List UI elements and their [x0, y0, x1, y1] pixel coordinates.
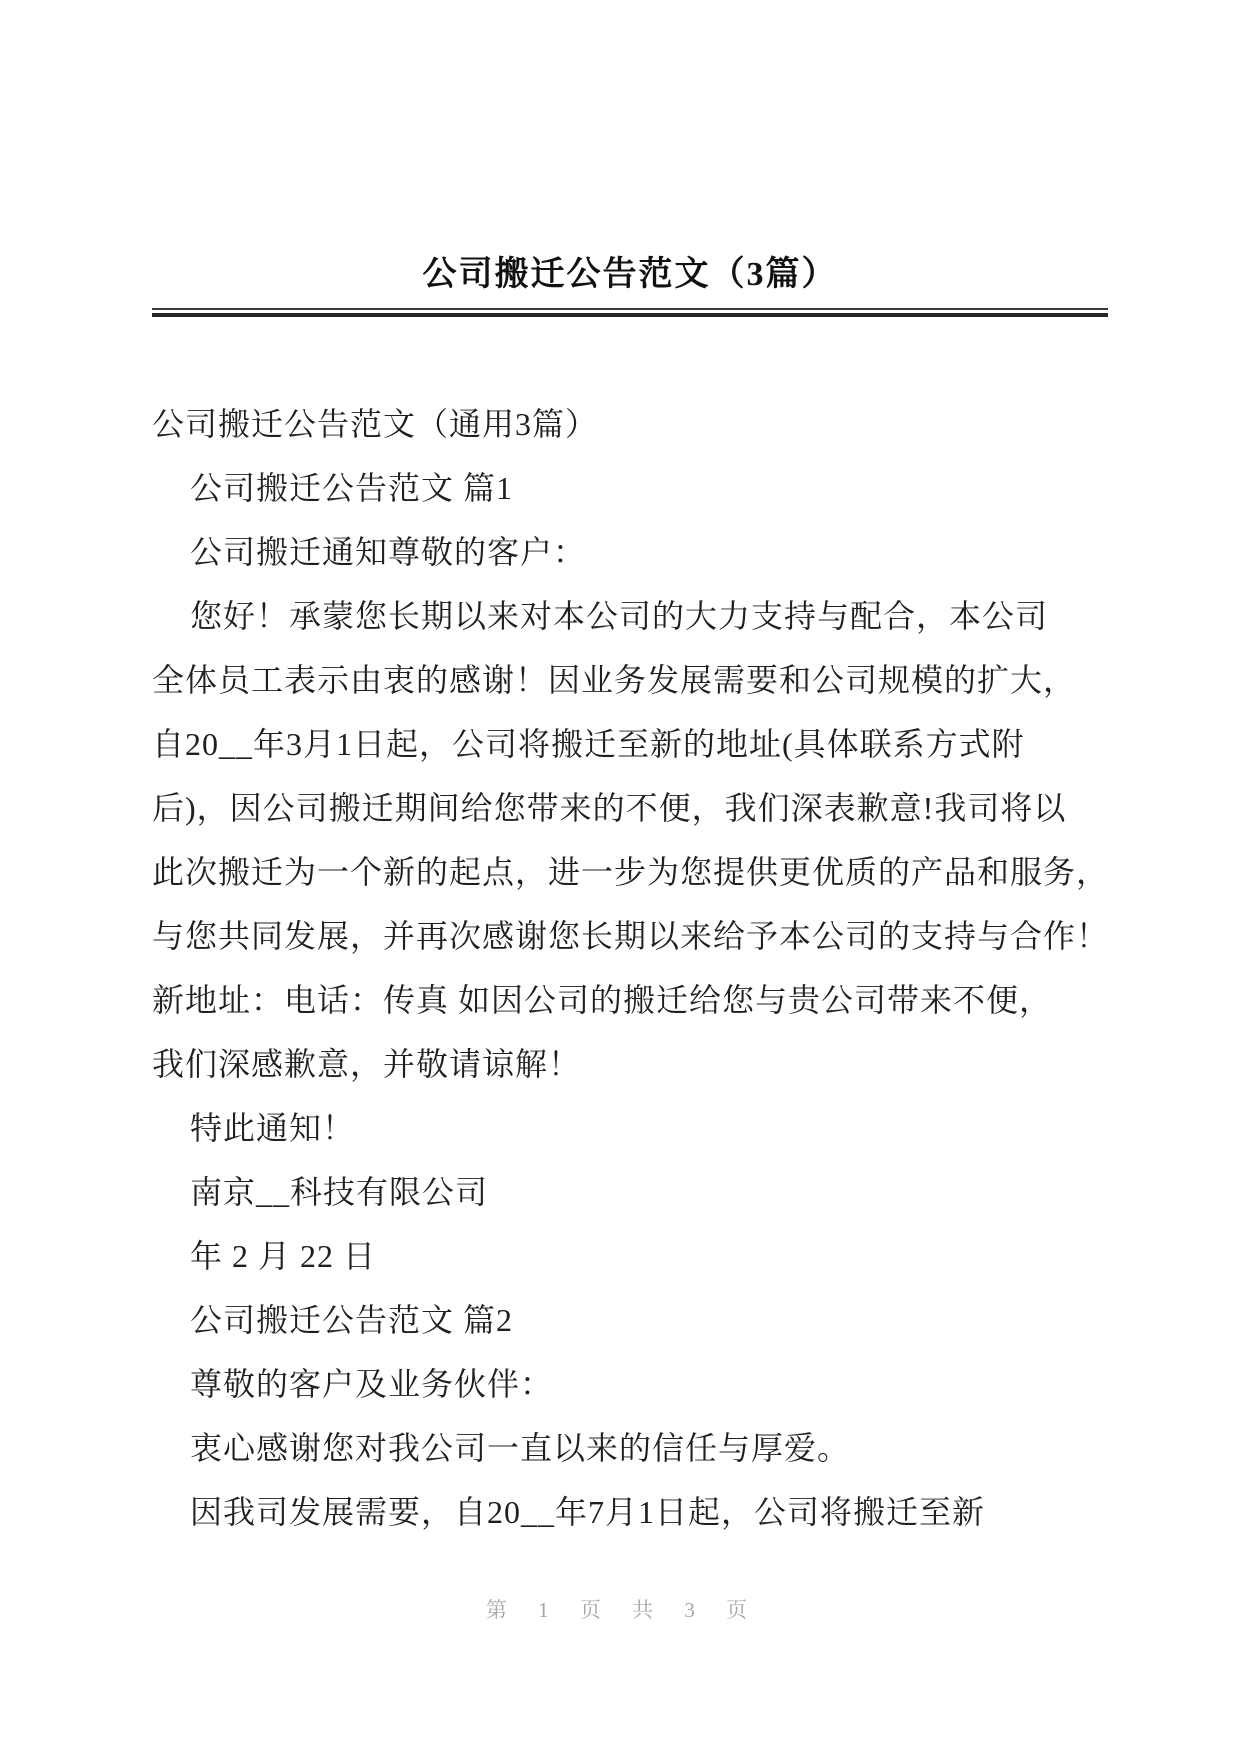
- document-body: 公司搬迁公告范文（通用3篇） 公司搬迁公告范文 篇1 公司搬迁通知尊敬的客户： …: [152, 392, 1152, 1544]
- body-line: 全体员工表示由衷的感谢！因业务发展需要和公司规模的扩大，: [152, 648, 1152, 712]
- body-line: 与您共同发展，并再次感谢您长期以来给予本公司的支持与合作！: [152, 904, 1152, 968]
- body-line: 公司搬迁通知尊敬的客户：: [152, 520, 1152, 584]
- body-line: 尊敬的客户及业务伙伴：: [152, 1352, 1152, 1416]
- title-divider: [152, 308, 1108, 317]
- body-line: 年 2 月 22 日: [152, 1224, 1152, 1288]
- body-line: 自20__年3月1日起，公司将搬迁至新的地址(具体联系方式附: [152, 712, 1152, 776]
- body-line: 我们深感歉意，并敬请谅解！: [152, 1032, 1152, 1096]
- body-line: 公司搬迁公告范文 篇1: [152, 456, 1152, 520]
- body-line: 特此通知！: [152, 1096, 1152, 1160]
- body-line: 南京__科技有限公司: [152, 1160, 1152, 1224]
- title-divider-thin-line: [152, 308, 1108, 310]
- document-title: 公司搬迁公告范文（3篇）: [152, 246, 1108, 295]
- document-page: 公司搬迁公告范文（3篇） 公司搬迁公告范文（通用3篇） 公司搬迁公告范文 篇1 …: [0, 0, 1240, 1753]
- body-line: 此次搬迁为一个新的起点，进一步为您提供更优质的产品和服务，: [152, 840, 1152, 904]
- body-line: 公司搬迁公告范文 篇2: [152, 1288, 1152, 1352]
- body-line: 您好！承蒙您长期以来对本公司的大力支持与配合，本公司: [152, 584, 1152, 648]
- body-line: 后)，因公司搬迁期间给您带来的不便，我们深表歉意!我司将以: [152, 776, 1152, 840]
- title-divider-thick-line: [152, 313, 1108, 317]
- body-line: 新地址：电话：传真 如因公司的搬迁给您与贵公司带来不便，: [152, 968, 1152, 1032]
- body-line: 公司搬迁公告范文（通用3篇）: [152, 392, 1152, 456]
- page-number-footer: 第 1 页 共 3 页: [0, 1594, 1240, 1624]
- body-line: 衷心感谢您对我公司一直以来的信任与厚爱。: [152, 1416, 1152, 1480]
- body-line: 因我司发展需要，自20__年7月1日起，公司将搬迁至新: [152, 1480, 1152, 1544]
